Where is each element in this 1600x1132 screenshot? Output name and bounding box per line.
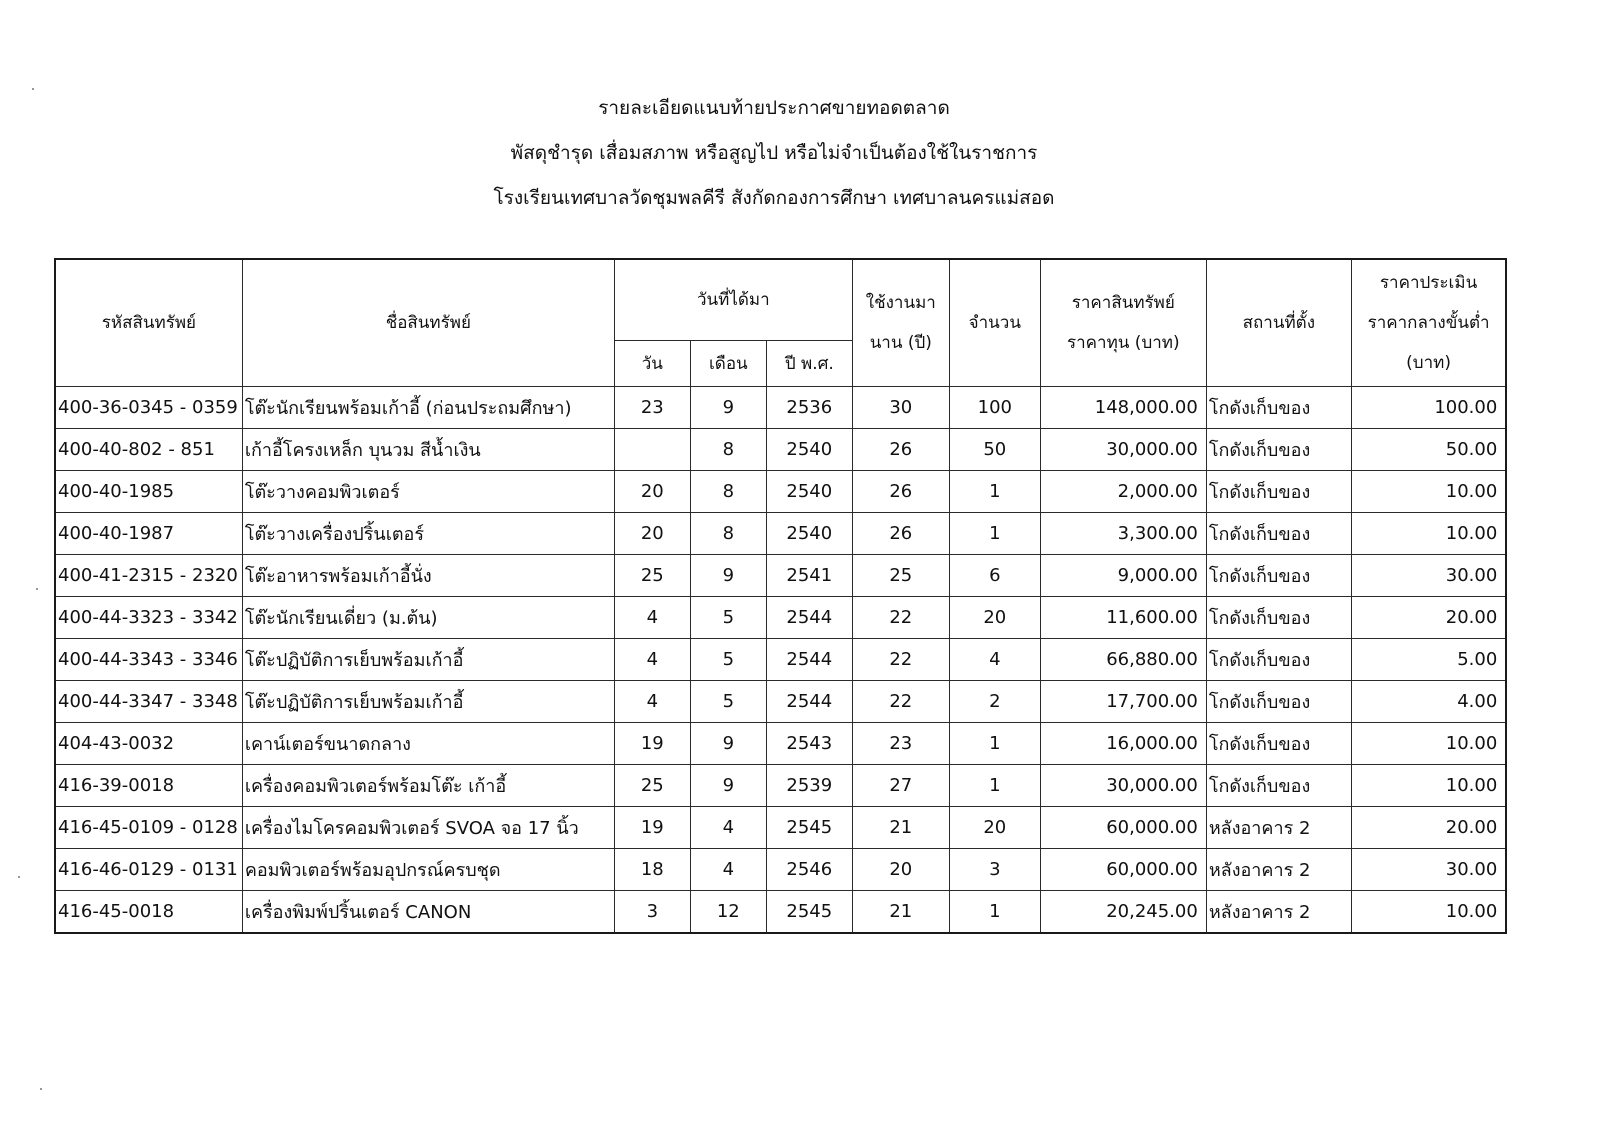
table-row: 400-36-0345 - 0359โต๊ะนักเรียนพร้อมเก้าอ… <box>55 387 1506 429</box>
cell-quantity: 1 <box>949 471 1040 513</box>
cell-quantity: 1 <box>949 513 1040 555</box>
cell-asset-name: เครื่องไมโครคอมพิวเตอร์ SVOA จอ 17 นิ้ว <box>242 807 614 849</box>
cell-day <box>614 429 690 471</box>
cell-year: 2545 <box>766 807 852 849</box>
cell-appraisal: 30.00 <box>1351 555 1506 597</box>
header-asset-name: ชื่อสินทรัพย์ <box>242 259 614 387</box>
cell-year: 2544 <box>766 597 852 639</box>
cell-appraisal: 10.00 <box>1351 513 1506 555</box>
title-line-2: พัสดุชำรุด เสื่อมสภาพ หรือสูญไป หรือไม่จ… <box>0 131 1548 176</box>
cell-month: 8 <box>690 513 766 555</box>
cell-quantity: 1 <box>949 765 1040 807</box>
cell-location: หลังอาคาร 2 <box>1206 849 1351 891</box>
header-quantity: จำนวน <box>949 259 1040 387</box>
cell-year: 2544 <box>766 681 852 723</box>
header-asset-price-line-1: ราคาสินทรัพย์ <box>1045 283 1202 323</box>
cell-appraisal: 30.00 <box>1351 849 1506 891</box>
cell-quantity: 100 <box>949 387 1040 429</box>
table-row: 400-44-3343 - 3346โต๊ะปฏิบัติการเย็บพร้อ… <box>55 639 1506 681</box>
header-asset-price: ราคาสินทรัพย์ ราคาทุน (บาท) <box>1040 259 1206 387</box>
cell-day: 18 <box>614 849 690 891</box>
cell-appraisal: 10.00 <box>1351 471 1506 513</box>
cell-year: 2543 <box>766 723 852 765</box>
cell-month: 5 <box>690 639 766 681</box>
asset-table: รหัสสินทรัพย์ ชื่อสินทรัพย์ วันที่ได้มา … <box>54 258 1507 934</box>
cell-day: 25 <box>614 765 690 807</box>
cell-quantity: 20 <box>949 807 1040 849</box>
cell-month: 5 <box>690 597 766 639</box>
header-appraisal: ราคาประเมิน ราคากลางขั้นต่ำ (บาท) <box>1351 259 1506 387</box>
header-years-used: ใช้งานมา นาน (ปี) <box>852 259 949 387</box>
cell-quantity: 1 <box>949 723 1040 765</box>
cell-month: 9 <box>690 387 766 429</box>
cell-month: 9 <box>690 765 766 807</box>
header-location: สถานที่ตั้ง <box>1206 259 1351 387</box>
scan-artifact <box>36 588 38 590</box>
cell-asset-name: โต๊ะนักเรียนพร้อมเก้าอี้ (ก่อนประถมศึกษา… <box>242 387 614 429</box>
cell-asset-code: 416-45-0018 <box>55 891 242 934</box>
header-appraisal-line-2: ราคากลางขั้นต่ำ <box>1356 303 1502 343</box>
cell-cost: 60,000.00 <box>1040 807 1206 849</box>
cell-location: โกดังเก็บของ <box>1206 681 1351 723</box>
table-row: 416-45-0018เครื่องพิมพ์ปริ้นเตอร์ CANON3… <box>55 891 1506 934</box>
cell-appraisal: 5.00 <box>1351 639 1506 681</box>
cell-cost: 66,880.00 <box>1040 639 1206 681</box>
cell-year: 2541 <box>766 555 852 597</box>
cell-years-used: 26 <box>852 429 949 471</box>
cell-cost: 17,700.00 <box>1040 681 1206 723</box>
cell-appraisal: 50.00 <box>1351 429 1506 471</box>
scan-artifact <box>18 876 20 878</box>
header-years-used-line-2: นาน (ปี) <box>857 323 945 363</box>
cell-year: 2540 <box>766 429 852 471</box>
table-row: 404-43-0032เคาน์เตอร์ขนาดกลาง19925432311… <box>55 723 1506 765</box>
cell-cost: 3,300.00 <box>1040 513 1206 555</box>
cell-years-used: 22 <box>852 597 949 639</box>
cell-asset-name: เครื่องพิมพ์ปริ้นเตอร์ CANON <box>242 891 614 934</box>
cell-asset-code: 400-40-1987 <box>55 513 242 555</box>
cell-quantity: 4 <box>949 639 1040 681</box>
cell-asset-name: คอมพิวเตอร์พร้อมอุปกรณ์ครบชุด <box>242 849 614 891</box>
cell-day: 19 <box>614 807 690 849</box>
cell-cost: 2,000.00 <box>1040 471 1206 513</box>
cell-years-used: 26 <box>852 471 949 513</box>
cell-cost: 60,000.00 <box>1040 849 1206 891</box>
cell-asset-code: 404-43-0032 <box>55 723 242 765</box>
cell-years-used: 26 <box>852 513 949 555</box>
cell-day: 4 <box>614 639 690 681</box>
table-row: 400-41-2315 - 2320โต๊ะอาหารพร้อมเก้าอี้น… <box>55 555 1506 597</box>
header-years-used-line-1: ใช้งานมา <box>857 283 945 323</box>
cell-asset-code: 400-40-802 - 851 <box>55 429 242 471</box>
cell-year: 2545 <box>766 891 852 934</box>
cell-location: โกดังเก็บของ <box>1206 471 1351 513</box>
cell-location: โกดังเก็บของ <box>1206 555 1351 597</box>
scan-artifact <box>40 1088 42 1090</box>
cell-cost: 16,000.00 <box>1040 723 1206 765</box>
table-row: 400-40-1987โต๊ะวางเครื่องปริ้นเตอร์20825… <box>55 513 1506 555</box>
cell-quantity: 20 <box>949 597 1040 639</box>
cell-years-used: 21 <box>852 807 949 849</box>
cell-month: 4 <box>690 849 766 891</box>
cell-appraisal: 100.00 <box>1351 387 1506 429</box>
table-row: 400-44-3347 - 3348โต๊ะปฏิบัติการเย็บพร้อ… <box>55 681 1506 723</box>
cell-cost: 11,600.00 <box>1040 597 1206 639</box>
cell-year: 2546 <box>766 849 852 891</box>
cell-day: 23 <box>614 387 690 429</box>
table-row: 400-44-3323 - 3342โต๊ะนักเรียนเดี่ยว (ม.… <box>55 597 1506 639</box>
cell-day: 20 <box>614 471 690 513</box>
cell-years-used: 21 <box>852 891 949 934</box>
cell-asset-code: 416-45-0109 - 0128 <box>55 807 242 849</box>
cell-asset-name: เครื่องคอมพิวเตอร์พร้อมโต๊ะ เก้าอี้ <box>242 765 614 807</box>
cell-day: 3 <box>614 891 690 934</box>
table-row: 416-46-0129 - 0131คอมพิวเตอร์พร้อมอุปกรณ… <box>55 849 1506 891</box>
cell-month: 9 <box>690 723 766 765</box>
cell-years-used: 25 <box>852 555 949 597</box>
title-line-1: รายละเอียดแนบท้ายประกาศขายทอดตลาด <box>0 86 1548 131</box>
header-asset-price-line-2: ราคาทุน (บาท) <box>1045 323 1202 363</box>
cell-years-used: 22 <box>852 681 949 723</box>
cell-appraisal: 10.00 <box>1351 891 1506 934</box>
cell-years-used: 22 <box>852 639 949 681</box>
title-line-3: โรงเรียนเทศบาลวัดชุมพลคีรี สังกัดกองการศ… <box>0 176 1548 221</box>
cell-month: 8 <box>690 471 766 513</box>
cell-quantity: 50 <box>949 429 1040 471</box>
cell-cost: 20,245.00 <box>1040 891 1206 934</box>
cell-asset-name: เคาน์เตอร์ขนาดกลาง <box>242 723 614 765</box>
cell-year: 2536 <box>766 387 852 429</box>
cell-cost: 30,000.00 <box>1040 429 1206 471</box>
header-year: ปี พ.ศ. <box>766 341 852 387</box>
table-row: 416-39-0018เครื่องคอมพิวเตอร์พร้อมโต๊ะ เ… <box>55 765 1506 807</box>
header-acquired-date: วันที่ได้มา <box>614 259 852 341</box>
table-body: 400-36-0345 - 0359โต๊ะนักเรียนพร้อมเก้าอ… <box>55 387 1506 934</box>
cell-years-used: 30 <box>852 387 949 429</box>
table-row: 400-40-1985โต๊ะวางคอมพิวเตอร์20825402612… <box>55 471 1506 513</box>
cell-location: โกดังเก็บของ <box>1206 723 1351 765</box>
cell-appraisal: 4.00 <box>1351 681 1506 723</box>
cell-location: โกดังเก็บของ <box>1206 429 1351 471</box>
cell-day: 4 <box>614 597 690 639</box>
cell-location: โกดังเก็บของ <box>1206 387 1351 429</box>
cell-asset-name: เก้าอี้โครงเหล็ก บุนวม สีน้ำเงิน <box>242 429 614 471</box>
cell-quantity: 2 <box>949 681 1040 723</box>
cell-month: 9 <box>690 555 766 597</box>
cell-asset-code: 400-44-3323 - 3342 <box>55 597 242 639</box>
cell-day: 4 <box>614 681 690 723</box>
cell-month: 4 <box>690 807 766 849</box>
cell-year: 2544 <box>766 639 852 681</box>
table-row: 400-40-802 - 851เก้าอี้โครงเหล็ก บุนวม ส… <box>55 429 1506 471</box>
cell-asset-name: โต๊ะวางเครื่องปริ้นเตอร์ <box>242 513 614 555</box>
cell-years-used: 27 <box>852 765 949 807</box>
header-asset-code: รหัสสินทรัพย์ <box>55 259 242 387</box>
cell-quantity: 6 <box>949 555 1040 597</box>
header-appraisal-line-3: (บาท) <box>1356 343 1502 383</box>
header-day: วัน <box>614 341 690 387</box>
cell-year: 2539 <box>766 765 852 807</box>
cell-location: โกดังเก็บของ <box>1206 597 1351 639</box>
cell-location: โกดังเก็บของ <box>1206 639 1351 681</box>
cell-day: 25 <box>614 555 690 597</box>
cell-asset-name: โต๊ะนักเรียนเดี่ยว (ม.ต้น) <box>242 597 614 639</box>
cell-location: หลังอาคาร 2 <box>1206 807 1351 849</box>
cell-cost: 30,000.00 <box>1040 765 1206 807</box>
cell-cost: 148,000.00 <box>1040 387 1206 429</box>
header-month: เดือน <box>690 341 766 387</box>
cell-appraisal: 10.00 <box>1351 765 1506 807</box>
cell-quantity: 1 <box>949 891 1040 934</box>
document-title: รายละเอียดแนบท้ายประกาศขายทอดตลาด พัสดุช… <box>0 86 1548 221</box>
cell-asset-code: 400-44-3343 - 3346 <box>55 639 242 681</box>
cell-month: 5 <box>690 681 766 723</box>
cell-asset-code: 400-44-3347 - 3348 <box>55 681 242 723</box>
cell-asset-name: โต๊ะปฏิบัติการเย็บพร้อมเก้าอี้ <box>242 681 614 723</box>
cell-asset-code: 400-36-0345 - 0359 <box>55 387 242 429</box>
cell-year: 2540 <box>766 471 852 513</box>
cell-month: 8 <box>690 429 766 471</box>
cell-years-used: 20 <box>852 849 949 891</box>
cell-day: 20 <box>614 513 690 555</box>
cell-cost: 9,000.00 <box>1040 555 1206 597</box>
cell-day: 19 <box>614 723 690 765</box>
scan-artifact <box>32 88 34 90</box>
cell-quantity: 3 <box>949 849 1040 891</box>
cell-location: โกดังเก็บของ <box>1206 765 1351 807</box>
cell-location: โกดังเก็บของ <box>1206 513 1351 555</box>
header-appraisal-line-1: ราคาประเมิน <box>1356 263 1502 303</box>
cell-month: 12 <box>690 891 766 934</box>
table-header: รหัสสินทรัพย์ ชื่อสินทรัพย์ วันที่ได้มา … <box>55 259 1506 387</box>
cell-appraisal: 20.00 <box>1351 807 1506 849</box>
cell-years-used: 23 <box>852 723 949 765</box>
cell-asset-code: 400-41-2315 - 2320 <box>55 555 242 597</box>
cell-asset-name: โต๊ะอาหารพร้อมเก้าอี้นั่ง <box>242 555 614 597</box>
cell-asset-code: 416-39-0018 <box>55 765 242 807</box>
cell-asset-code: 400-40-1985 <box>55 471 242 513</box>
cell-asset-name: โต๊ะปฏิบัติการเย็บพร้อมเก้าอี้ <box>242 639 614 681</box>
cell-appraisal: 10.00 <box>1351 723 1506 765</box>
cell-asset-name: โต๊ะวางคอมพิวเตอร์ <box>242 471 614 513</box>
cell-year: 2540 <box>766 513 852 555</box>
cell-appraisal: 20.00 <box>1351 597 1506 639</box>
table-row: 416-45-0109 - 0128เครื่องไมโครคอมพิวเตอร… <box>55 807 1506 849</box>
cell-location: หลังอาคาร 2 <box>1206 891 1351 934</box>
cell-asset-code: 416-46-0129 - 0131 <box>55 849 242 891</box>
